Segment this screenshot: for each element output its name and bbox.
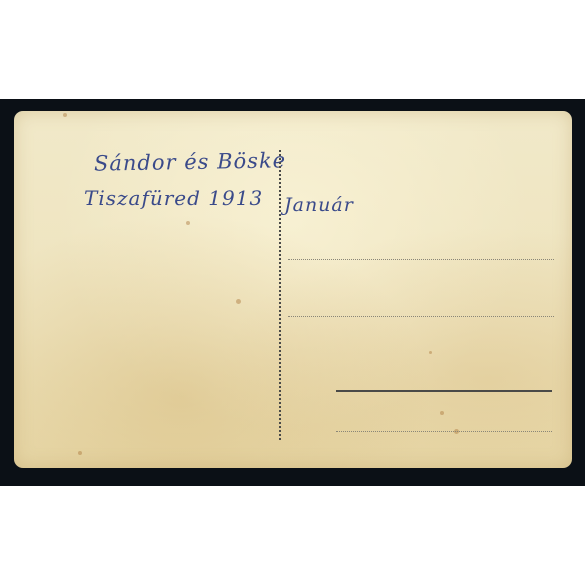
postcard-divider-line bbox=[279, 150, 281, 440]
address-line-2 bbox=[288, 316, 554, 317]
address-line-4 bbox=[336, 431, 552, 432]
address-line-1 bbox=[288, 259, 554, 260]
address-line-3 bbox=[336, 390, 552, 392]
handwritten-place-year: Tiszafüred 1913 bbox=[84, 186, 263, 210]
handwritten-month: Január bbox=[284, 194, 354, 216]
handwritten-names: Sándor és Böske bbox=[94, 148, 287, 175]
